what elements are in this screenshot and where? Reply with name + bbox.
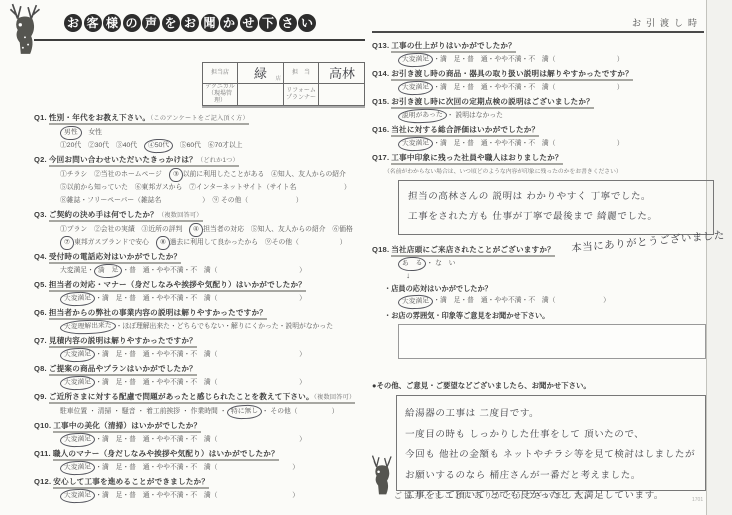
store-suffix: 店: [275, 74, 281, 82]
question-note: （複数回答可）: [158, 212, 203, 219]
option-line: 大変満足・満 足・普 通・やや不満・不 満（ ）: [398, 139, 704, 150]
staff-label-store: 担当店: [203, 63, 238, 84]
question-q8: Q8.ご提案の商品やプランはいかがでしたか？大変満足・満 足・普 通・やや不満・…: [34, 363, 365, 388]
circled-answer: 大変理解出来た: [60, 319, 116, 334]
header-badge-char: 声: [142, 14, 160, 32]
question-id: Q9.: [34, 392, 47, 401]
circled-answer: 大変満足: [60, 291, 96, 306]
staff-value-planner: [319, 84, 365, 106]
circled-answer: ⑦: [60, 236, 75, 250]
deer-logo-icon: [4, 2, 48, 56]
circled-answer: 特に無し: [226, 404, 262, 419]
question-text: ご提案の商品やプランはいかがでしたか？: [49, 364, 197, 373]
handwritten-line: お願いするのなら 桶庄さんが一番だと考えました。: [405, 467, 642, 486]
right-column: お引渡し時 Q13.工事の仕上がりはいかがでしたか？大変満足・満 足・普 通・や…: [372, 18, 704, 362]
option-line: ①20代 ②30代 ③40代 ④50代 ⑤60代 ⑥70才以上: [60, 141, 365, 152]
question-id: Q6.: [34, 308, 47, 317]
question-title: Q11.職人のマナー（身だしなみや挨拶や気配り）はいかがでしたか？: [34, 448, 365, 460]
option-text: ・満 足・普 通・やや不満・不 満（ ）: [95, 492, 299, 499]
question-q7: Q7.見積内容の説明は解りやすかったですか？大変満足・満 足・普 通・やや不満・…: [34, 335, 365, 360]
option-text: ・満 足・普 通・やや不満・不 満（ ）: [95, 464, 299, 471]
circled-answer: 男性: [60, 126, 82, 140]
option-line: ①チラシ ②当社のホームページ ③以前に利用したことがある ④知人、友人からの紹…: [60, 170, 365, 181]
question-title: Q17.工事中印象に残った社員や職人はおりましたか？: [372, 152, 704, 164]
option-line: 大変満足・満 足・普 通・やや不満・不 満（ ）: [60, 294, 365, 305]
option-line: 大変満足・満 足・普 通・やや不満・不 満（ ）: [60, 350, 365, 361]
question-title: Q9.ご近所さまに対する配慮で問題があったと感じられたことを教えて下さい。（複数…: [34, 391, 365, 404]
handwritten-line: 給湯器の工事は 二度目です。: [405, 405, 540, 424]
option-line: 大変満足・満 足・普 通・やや不満・不 満（ ）: [60, 266, 365, 277]
circled-answer: 大変満足: [60, 347, 96, 362]
circled-answer: あ る: [398, 257, 427, 271]
survey-page: お客様の声をお聞かせ下さい 担当店 緑 店 担 当 高林 テクニカル（現場管理）…: [0, 0, 732, 515]
option-text: ・ な い: [426, 260, 455, 267]
option-text: 駐車位置 ・ 清掃 ・ 騒音 ・ 着工前挨拶 ・ 作業時間 ・: [60, 408, 227, 415]
question-title: Q4.受付時の電話応対はいかがでしたか？: [34, 251, 365, 263]
option-text: ⑧雑誌・フリーペーパー（雑誌名 ） ⑨ その他（ ）: [60, 197, 303, 204]
option-line: 駐車位置 ・ 清掃 ・ 騒音 ・ 着工前挨拶 ・ 作業時間 ・特に無し・ その他…: [60, 407, 365, 418]
question-id: Q12.: [34, 477, 51, 486]
question-q16: Q16.当社に対する総合評価はいかがでしたか？大変満足・満 足・普 通・やや不満…: [372, 124, 704, 149]
question-text: 当社に対する総合評価はいかがでしたか？: [391, 125, 539, 134]
staff-value-technical: [238, 84, 284, 106]
question-note: （名前がわからない場合は、いつ頃どのような内容が印象に残ったのかをお書きください…: [384, 167, 704, 178]
question-id: Q8.: [34, 364, 47, 373]
question-q9: Q9.ご近所さまに対する配慮で問題があったと感じられたことを教えて下さい。（複数…: [34, 391, 365, 417]
question-title: Q14.お引き渡し時の商品・器具の取り扱い説明は解りやすかったですか？: [372, 68, 704, 80]
question-title: Q3.ご契約の決め手は何でしたか？（複数回答可）: [34, 209, 365, 222]
header-badge-char: か: [220, 14, 238, 32]
option-line: 大変満足・満 足・普 通・やや不満・不 満（ ）: [60, 491, 365, 502]
option-line: ⑦東邦ガスブランドで安心 ⑧過去に利用して良かったから ⑨その他（ ）: [60, 238, 365, 249]
header-badge-char: 下: [259, 14, 277, 32]
other-comments-box: 給湯器の工事は 二度目です。一度目の時も しっかりした仕事をして 頂いたので、今…: [396, 395, 706, 491]
option-text: ・満 足・普 通・やや不満・不 満（ ）: [433, 140, 623, 147]
question-id: Q1.: [34, 113, 47, 122]
option-text: ①20代 ②30代 ③40代: [60, 142, 144, 149]
question-id: Q7.: [34, 336, 47, 345]
question-id: Q4.: [34, 252, 47, 261]
question-q11: Q11.職人のマナー（身だしなみや挨拶や気配り）はいかがでしたか？大変満足・満 …: [34, 448, 365, 473]
header-badge-char: 様: [103, 14, 121, 32]
handwritten-line: 担当の高林さんの 説明は わかりやすく 丁寧でした。: [408, 187, 652, 206]
option-line: 説明があった・ 説明はなかった: [398, 111, 704, 122]
option-line: 男性 女性: [60, 128, 365, 139]
option-text: ・普 通・やや不満・不 満（ ）: [122, 267, 306, 274]
header-badge-char: い: [298, 14, 316, 32]
questions-left: Q1.性別・年代をお教え下さい。（このアンケートをご記入頂く方）男性 女性①20…: [34, 112, 365, 501]
question-text: 担当者からの弊社の事業内容の説明は解りやすかったですか？: [49, 308, 267, 317]
page-header: お客様の声をお聞かせ下さい: [34, 6, 365, 58]
subquestion-title: ・お店の雰囲気・印象等ご意見をお聞かせ下さい。: [384, 311, 704, 321]
handwritten-line: 工事をされた方も 仕事が丁寧で最後まで 綺麗でした。: [408, 207, 659, 226]
circled-answer: 大変満足: [398, 80, 434, 95]
handwritten-person-name: 高林: [328, 63, 355, 82]
option-text: ・満 足・普 通・やや不満・不 満（ ）: [433, 56, 623, 63]
circled-answer: 大変満足: [60, 460, 96, 475]
section-header-handover: お引渡し時: [372, 18, 704, 38]
option-text: 担当者の対応 ⑤知人、友人からの紹介 ⑥価格: [203, 226, 353, 233]
page-title: お客様の声をお聞かせ下さい: [64, 14, 318, 32]
option-text: 過去に利用して良かったから ⑨その他（ ）: [170, 239, 347, 246]
circled-answer: 大変満足: [60, 488, 96, 503]
subquestion-title: ・店員の応対はいかがでしたか？: [384, 284, 704, 294]
option-text: ・満 足・普 通・やや不満・不 満（ ）: [95, 351, 306, 358]
footer-thanks: ご協力、まことにありがとうございました。: [394, 490, 594, 501]
question-note: （複数回答可）: [314, 394, 356, 401]
section-header-label: お引渡し時: [632, 16, 702, 29]
question-note: （このアンケートをご記入頂く方）: [150, 115, 249, 122]
other-comments-section: ●その他、ご意見・ご要望などございましたら、お聞かせ下さい。 給湯器の工事は 二…: [372, 380, 704, 491]
option-text: 東邦ガスブランドで安心: [74, 239, 156, 246]
question-text: お引き渡し時の商品・器具の取り扱い説明は解りやすかったですか？: [391, 69, 633, 78]
option-line: ⑤以前から知っていた ⑥東邦ガスから ⑦インターネットサイト（サイト名 ）: [60, 183, 365, 194]
question-q5: Q5.担当者の対応・マナー（身だしなみや挨拶や気配り）はいかがでしたか？大変満足…: [34, 279, 365, 304]
arrow-down-icon: ↓: [406, 272, 704, 280]
header-badge-char: さ: [279, 14, 297, 32]
question-id: Q5.: [34, 280, 47, 289]
option-text: ・満 足・普 通・やや不満・不 満（ ）: [95, 379, 306, 386]
question-q14: Q14.お引き渡し時の商品・器具の取り扱い説明は解りやすかったですか？大変満足・…: [372, 68, 704, 93]
form-code: 1701: [692, 497, 703, 503]
staff-label-technical: テクニカル（現場管理）: [203, 84, 238, 106]
question-text: 性別・年代をお教え下さい。: [49, 113, 150, 122]
question-text: ご近所さまに対する配慮で問題があったと感じられたことを教えて下さい。: [49, 392, 314, 401]
question-q13: Q13.工事の仕上がりはいかがでしたか？大変満足・満 足・普 通・やや不満・不 …: [372, 40, 704, 65]
question-q15: Q15.お引き渡し時に次回の定期点検の説明はございましたか？説明があった・ 説明…: [372, 96, 704, 121]
circled-answer: 大変満足: [398, 136, 434, 151]
question-id: Q16.: [372, 125, 389, 134]
header-badge-char: 客: [84, 14, 102, 32]
staff-label-planner: リフォームプランナー: [283, 84, 318, 106]
option-text: ⑤60代 ⑥70才以上: [173, 142, 243, 149]
header-badge-char: を: [162, 14, 180, 32]
question-title: Q8.ご提案の商品やプランはいかがでしたか？: [34, 363, 365, 375]
circled-answer: 説明があった: [398, 108, 447, 123]
option-line: 大変満足・満 足・普 通・やや不満・不 満（ ）: [60, 435, 365, 446]
question-title: Q16.当社に対する総合評価はいかがでしたか？: [372, 124, 704, 136]
circled-answer: ⑧: [155, 236, 170, 250]
question-text: お引き渡し時に次回の定期点検の説明はございましたか？: [391, 97, 594, 106]
header-badge-char: お: [64, 14, 82, 32]
staff-value-store: 緑 店: [238, 63, 284, 84]
question-id: Q2.: [34, 155, 47, 164]
option-text: ①チラシ ②当社のホームページ: [60, 171, 169, 178]
handwritten-line: 今回も 他社の金額も ネットやチラシ等を見て検討はしましたが: [405, 446, 696, 465]
option-line: 大変理解出来た・ほぼ理解出来た・どちらでもない・解りにくかった・説明がなかった: [60, 322, 365, 333]
circled-answer: 大変満足: [398, 52, 434, 67]
impression-comment-box: 担当の高林さんの 説明は わかりやすく 丁寧でした。工事をされた方も 仕事が丁寧…: [398, 180, 714, 235]
option-text: ⑤以前から知っていた ⑥東邦ガスから ⑦インターネットサイト（サイト名 ）: [60, 184, 351, 191]
handwritten-line: 一度目の時も しっかりした仕事をして 頂いたので、: [405, 426, 645, 445]
option-text: ・満 足・普 通・やや不満・不 満（ ）: [433, 297, 610, 304]
question-id: Q11.: [34, 449, 51, 458]
option-text: 大変満足・: [60, 267, 94, 274]
question-id: Q10.: [34, 421, 51, 430]
question-id: Q3.: [34, 210, 47, 219]
left-column: お客様の声をお聞かせ下さい 担当店 緑 店 担 当 高林 テクニカル（現場管理）…: [34, 6, 365, 504]
question-q17: Q17.工事中印象に残った社員や職人はおりましたか？ （名前がわからない場合は、…: [372, 152, 704, 235]
option-text: ・ 説明はなかった: [447, 112, 503, 119]
question-q3: Q3.ご契約の決め手は何でしたか？（複数回答可）①プラン ②会社の実績 ③近所の…: [34, 209, 365, 248]
question-q4: Q4.受付時の電話応対はいかがでしたか？大変満足・満 足・普 通・やや不満・不 …: [34, 251, 365, 276]
option-text: ・ その他（ ）: [262, 408, 339, 415]
option-line: 大変満足・満 足・普 通・やや不満・不 満（ ）: [398, 83, 704, 94]
circled-answer: ④50代: [144, 138, 174, 153]
question-q2: Q2.今回お問い合わせいただいたきっかけは？（どれか1つ）①チラシ ②当社のホー…: [34, 154, 365, 206]
other-comments-title: ●その他、ご意見・ご要望などございましたら、お聞かせ下さい。: [372, 380, 704, 391]
question-text: 工事中の美化（清掃）はいかがでしたか？: [53, 421, 201, 430]
question-note: （どれか1つ）: [197, 157, 239, 164]
option-line: ⑧雑誌・フリーペーパー（雑誌名 ） ⑨ その他（ ）: [60, 196, 365, 207]
page-edge-divider: [706, 0, 732, 515]
question-title: Q13.工事の仕上がりはいかがでしたか？: [372, 40, 704, 52]
question-text: 見積内容の説明は解りやすかったですか？: [49, 336, 197, 345]
circled-answer: 大変満足: [60, 432, 96, 447]
header-rule: [34, 39, 365, 41]
questions-right: Q13.工事の仕上がりはいかがでしたか？大変満足・満 足・普 通・やや不満・不 …: [372, 40, 704, 149]
option-text: ・満 足・普 通・やや不満・不 満（ ）: [433, 84, 623, 91]
question-id: Q13.: [372, 41, 389, 50]
staff-label-person: 担 当: [283, 63, 318, 84]
question-text: 工事の仕上がりはいかがでしたか？: [391, 41, 516, 50]
option-text: 以前に利用したことがある ④知人、友人からの紹介: [183, 171, 346, 178]
header-badge-char: 聞: [201, 14, 219, 32]
question-q6: Q6.担当者からの弊社の事業内容の説明は解りやすかったですか？大変理解出来た・ほ…: [34, 307, 365, 332]
option-line: ①プラン ②会社の実績 ③近所の評判 ④担当者の対応 ⑤知人、友人からの紹介 ⑥…: [60, 225, 365, 236]
question-title: Q1.性別・年代をお教え下さい。（このアンケートをご記入頂く方）: [34, 112, 365, 125]
question-text: 職人のマナー（身だしなみや挨拶や気配り）はいかがでしたか？: [53, 449, 279, 458]
question-text: 今回お問い合わせいただいたきっかけは？: [49, 155, 197, 164]
question-title: Q2.今回お問い合わせいただいたきっかけは？（どれか1つ）: [34, 154, 365, 167]
header-badge-char: お: [181, 14, 199, 32]
option-line: 大変満足・満 足・普 通・やや不満・不 満（ ）: [60, 378, 365, 389]
question-id: Q14.: [372, 69, 389, 78]
section-header-rule: [372, 31, 704, 33]
option-line: 大変満足・満 足・普 通・やや不満・不 満（ ）: [398, 296, 704, 307]
option-line: あ る・ な い: [398, 259, 704, 270]
question-title: Q15.お引き渡し時に次回の定期点検の説明はございましたか？: [372, 96, 704, 108]
question-title: Q6.担当者からの弊社の事業内容の説明は解りやすかったですか？: [34, 307, 365, 319]
circled-answer: 満 足: [94, 264, 123, 278]
shop-impression-box: [398, 324, 706, 359]
question-text: ご契約の決め手は何でしたか？: [49, 210, 158, 219]
option-text: ・満 足・普 通・やや不満・不 満（ ）: [95, 295, 306, 302]
staff-value-person: 高林: [319, 63, 365, 84]
question-title: Q10.工事中の美化（清掃）はいかがでしたか？: [34, 420, 365, 432]
question-q18: Q18.当社店頭にご来店されたことがございますか？ あ る・ な い ↓ ・店員…: [372, 244, 704, 359]
question-title: Q7.見積内容の説明は解りやすかったですか？: [34, 335, 365, 347]
question-q10: Q10.工事中の美化（清掃）はいかがでしたか？大変満足・満 足・普 通・やや不満…: [34, 420, 365, 445]
option-text: 女性: [82, 129, 102, 136]
staff-table: 担当店 緑 店 担 当 高林 テクニカル（現場管理） リフォームプランナー: [202, 62, 365, 106]
option-text: ・ほぼ理解出来た・どちらでもない・解りにくかった・説明がなかった: [116, 323, 333, 330]
question-text: 安心して工事を進めることができましたか？: [53, 477, 209, 486]
option-text: ・満 足・普 通・やや不満・不 満（ ）: [95, 436, 306, 443]
question-title: Q5.担当者の対応・マナー（身だしなみや挨拶や気配り）はいかがでしたか？: [34, 279, 365, 291]
question-q12: Q12.安心して工事を進めることができましたか？大変満足・満 足・普 通・やや不…: [34, 476, 365, 501]
question-q1: Q1.性別・年代をお教え下さい。（このアンケートをご記入頂く方）男性 女性①20…: [34, 112, 365, 151]
header-badge-char: の: [123, 14, 141, 32]
circled-answer: ③: [168, 168, 183, 182]
circled-answer: ④: [189, 223, 204, 237]
question-text: 担当者の対応・マナー（身だしなみや挨拶や気配り）はいかがでしたか？: [49, 280, 306, 289]
header-badge-char: せ: [240, 14, 258, 32]
question-text: 受付時の電話応対はいかがでしたか？: [49, 252, 182, 261]
option-line: 大変満足・満 足・普 通・やや不満・不 満（ ）: [60, 463, 365, 474]
handwritten-store-name: 緑: [254, 63, 268, 82]
option-text: ①プラン ②会社の実績 ③近所の評判: [60, 226, 189, 233]
circled-answer: 大変満足: [398, 294, 434, 309]
circled-answer: 大変満足: [60, 375, 96, 390]
question-id: Q15.: [372, 97, 389, 106]
option-line: 大変満足・満 足・普 通・やや不満・不 満（ ）: [398, 55, 704, 66]
question-title: Q12.安心して工事を進めることができましたか？: [34, 476, 365, 488]
